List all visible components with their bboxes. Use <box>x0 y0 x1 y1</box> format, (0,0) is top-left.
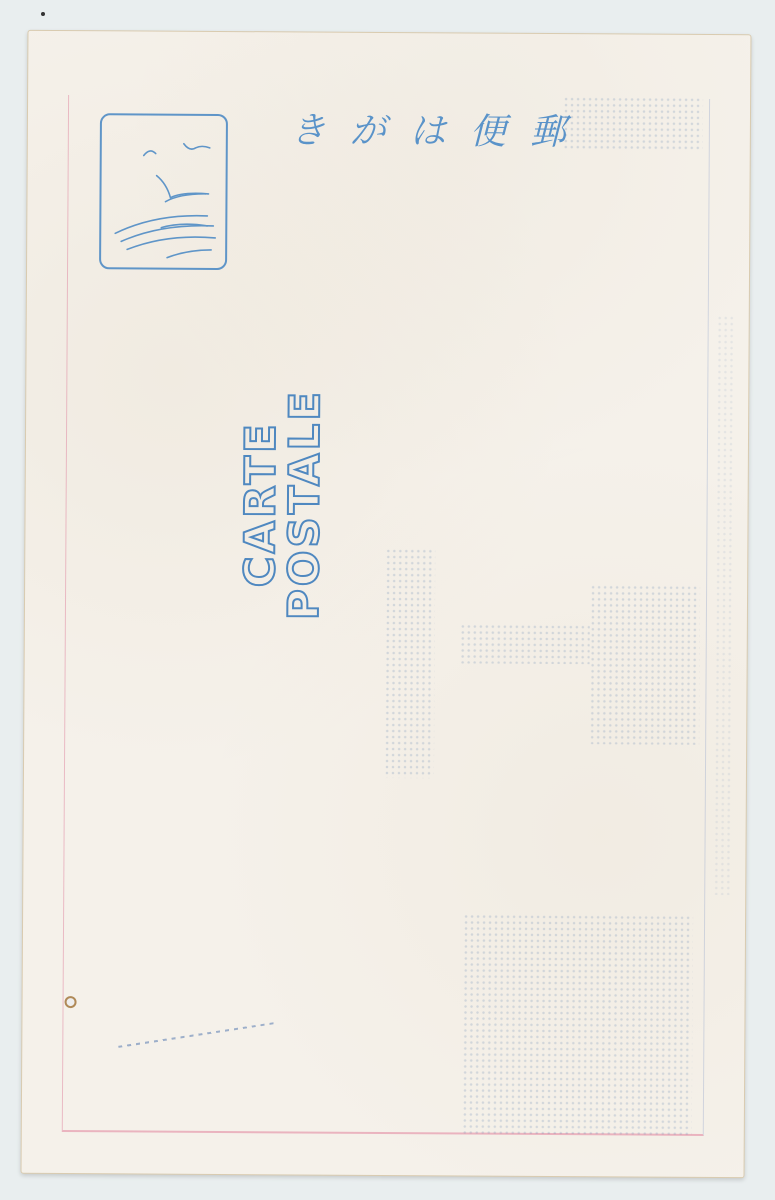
handwritten-heading: 郵 便 は が き <box>290 102 570 148</box>
handwritten-char: き <box>290 102 330 146</box>
faded-print-residue <box>589 584 700 745</box>
faded-print-residue <box>460 623 590 664</box>
postcard: CARTE POSTALE 郵 便 は が き <box>21 30 752 1178</box>
faded-print-residue <box>713 315 735 895</box>
faded-print-residue <box>384 548 435 778</box>
scan-dust-speck <box>41 12 45 16</box>
seagulls-over-waves-icon <box>101 115 226 268</box>
handwritten-char: 便 <box>470 104 510 148</box>
faded-print-residue <box>462 913 693 1134</box>
carte-postale-title: CARTE POSTALE <box>237 309 283 699</box>
handwritten-char: は <box>410 103 450 147</box>
stamp-box <box>99 113 228 270</box>
faded-print-residue <box>563 96 703 152</box>
handwritten-char: が <box>350 103 390 147</box>
pin-hole <box>65 996 77 1008</box>
